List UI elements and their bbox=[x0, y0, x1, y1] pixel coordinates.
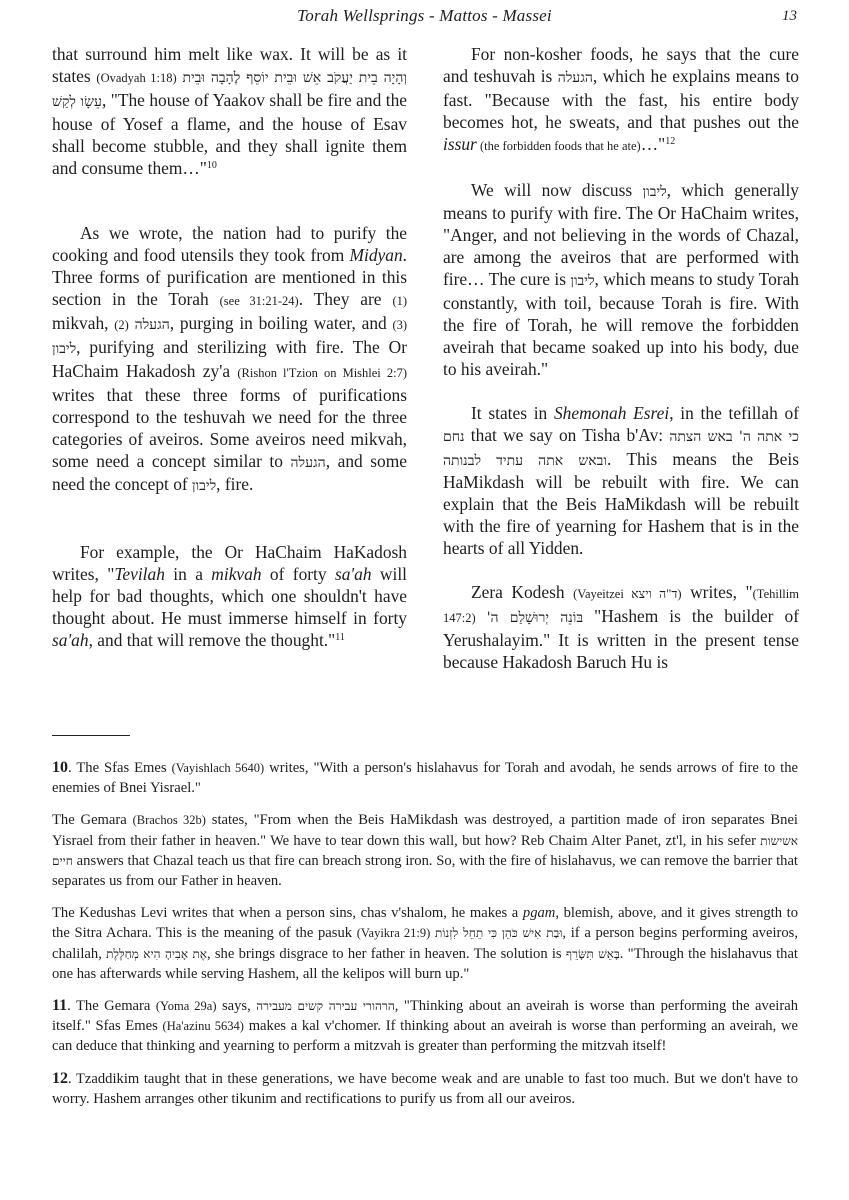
source-reference: (Vayeitzei ד"ה ויצא) bbox=[573, 587, 681, 601]
text: of forty bbox=[262, 564, 335, 584]
list-number: (2) bbox=[114, 318, 129, 332]
text: . The Gemara bbox=[67, 998, 156, 1014]
hebrew-term: הגעלה bbox=[291, 455, 326, 471]
paragraph: It states in Shemonah Esrei, in the tefi… bbox=[443, 403, 799, 560]
hebrew-term: ליבון bbox=[643, 184, 667, 200]
text: It states in bbox=[471, 403, 554, 423]
hebrew-quote: אֶת אָבִיהָ הִיא מְחַלֶּלֶת bbox=[106, 947, 207, 961]
source-reference: (Vayishlach 5640) bbox=[172, 761, 265, 775]
source-reference: (Ha'azinu 5634) bbox=[163, 1019, 244, 1033]
hebrew-term: ליבון bbox=[570, 273, 594, 289]
footnote-ref[interactable]: 11 bbox=[335, 632, 345, 643]
italic-term: Shemonah Esrei bbox=[554, 403, 669, 423]
italic-term: sa'ah bbox=[335, 564, 372, 584]
text: , and that will remove the thought." bbox=[89, 630, 336, 650]
list-number: (1) bbox=[392, 294, 407, 308]
left-column: that surround him melt like wax. It will… bbox=[52, 44, 407, 652]
footnote-number: 10 bbox=[52, 759, 68, 776]
italic-term: pgam bbox=[523, 905, 555, 921]
paragraph: As we wrote, the nation had to purify th… bbox=[52, 223, 407, 498]
hebrew-quote: וְהָיָה בֵית יַעֲקֹב אֵשׁ וּבֵית יוֹסֵף bbox=[246, 70, 407, 86]
source-reference: (Ovadyah 1:18) bbox=[96, 71, 176, 85]
hebrew-term: הגעלה bbox=[558, 70, 593, 86]
text: in a bbox=[165, 564, 211, 584]
footnote-separator bbox=[52, 735, 130, 736]
footnote-10-continued: The Gemara (Brachos 32b) states, "From w… bbox=[52, 810, 798, 891]
source-reference: (Vayikra 21:9) bbox=[357, 926, 431, 940]
paragraph: Zera Kodesh (Vayeitzei ד"ה ויצא) writes,… bbox=[443, 582, 799, 674]
text: We will now discuss bbox=[471, 180, 643, 200]
footnote-10: 10. The Sfas Emes (Vayishlach 5640) writ… bbox=[52, 758, 798, 798]
source-reference: (see 31:21-24) bbox=[220, 294, 299, 308]
hebrew-quote: וּבַת אִישׁ כֹּהֵן כִּי תֵחֵל לִזְנוֹת bbox=[435, 926, 562, 940]
text: mikvah, bbox=[52, 313, 114, 333]
hebrew-term: ליבון bbox=[192, 478, 216, 494]
paragraph: that surround him melt like wax. It will… bbox=[52, 44, 407, 179]
footnote-ref[interactable]: 10 bbox=[207, 160, 217, 171]
text: writes, " bbox=[682, 582, 753, 602]
italic-term: Midyan bbox=[350, 245, 403, 265]
hebrew-quote: בּוֹנֵה יְרוּשָׁלַם ה' bbox=[487, 610, 583, 626]
page-number: 13 bbox=[782, 8, 797, 25]
italic-term: Tevilah bbox=[114, 564, 165, 584]
footnote-ref[interactable]: 12 bbox=[665, 136, 675, 147]
right-column: For non-kosher foods, he says that the c… bbox=[443, 44, 799, 674]
hebrew-term: נחם bbox=[443, 429, 465, 445]
hebrew-term: ליבון bbox=[52, 341, 76, 357]
text: …" bbox=[641, 134, 666, 154]
footnote-10-continued: The Kedushas Levi writes that when a per… bbox=[52, 903, 798, 984]
hebrew-term: הגעלה bbox=[135, 317, 170, 333]
text: The Gemara bbox=[52, 812, 133, 828]
text: that we say on Tisha b'Av: bbox=[465, 425, 670, 445]
italic-term: mikvah bbox=[211, 564, 261, 584]
running-header: Torah Wellsprings - Mattos - Massei 13 bbox=[0, 4, 849, 28]
paragraph: For non-kosher foods, he says that the c… bbox=[443, 44, 799, 158]
footnote-11: 11. The Gemara (Yoma 29a) says, הרהורי ע… bbox=[52, 996, 798, 1057]
list-number: (3) bbox=[392, 318, 407, 332]
text: The Kedushas Levi writes that when a per… bbox=[52, 905, 523, 921]
text: , purging in boiling water, and bbox=[170, 313, 393, 333]
hebrew-quote: בָּאֵשׁ תִּשָּׂרֵף bbox=[566, 947, 620, 961]
text: , fire. bbox=[216, 474, 253, 494]
text: , in the tefillah of bbox=[669, 403, 799, 423]
running-header-title: Torah Wellsprings - Mattos - Massei bbox=[0, 6, 849, 26]
text: Zera Kodesh bbox=[471, 582, 573, 602]
source-reference: (Rishon l'Tzion on Mishlei 2:7) bbox=[237, 366, 407, 380]
text: , "The house of Yaakov shall be fire and… bbox=[52, 90, 407, 178]
footnotes: 10. The Sfas Emes (Vayishlach 5640) writ… bbox=[52, 758, 798, 1121]
source-reference: (Yoma 29a) bbox=[156, 999, 217, 1013]
text: . The Sfas Emes bbox=[68, 760, 172, 776]
footnote-number: 12 bbox=[52, 1070, 68, 1087]
text: says, bbox=[216, 998, 256, 1014]
paragraph: For example, the Or HaChaim HaKadosh wri… bbox=[52, 542, 407, 652]
footnote-number: 11 bbox=[52, 997, 67, 1014]
text: . They are bbox=[299, 289, 393, 309]
italic-term: sa'ah bbox=[52, 630, 89, 650]
source-reference: (the forbidden foods that he ate) bbox=[477, 139, 641, 153]
text: answers that Chazal teach us that fire c… bbox=[52, 853, 798, 889]
paragraph: We will now discuss ליבון, which general… bbox=[443, 180, 799, 381]
text: . Tzaddikim taught that in these generat… bbox=[52, 1071, 798, 1107]
footnote-12: 12. Tzaddikim taught that in these gener… bbox=[52, 1069, 798, 1109]
text: , she brings disgrace to her father in h… bbox=[207, 946, 566, 962]
hebrew-quote: הרהורי עבירה קשים מעבירה bbox=[256, 999, 394, 1013]
italic-term: issur bbox=[443, 134, 477, 154]
source-reference: (Brachos 32b) bbox=[133, 813, 206, 827]
